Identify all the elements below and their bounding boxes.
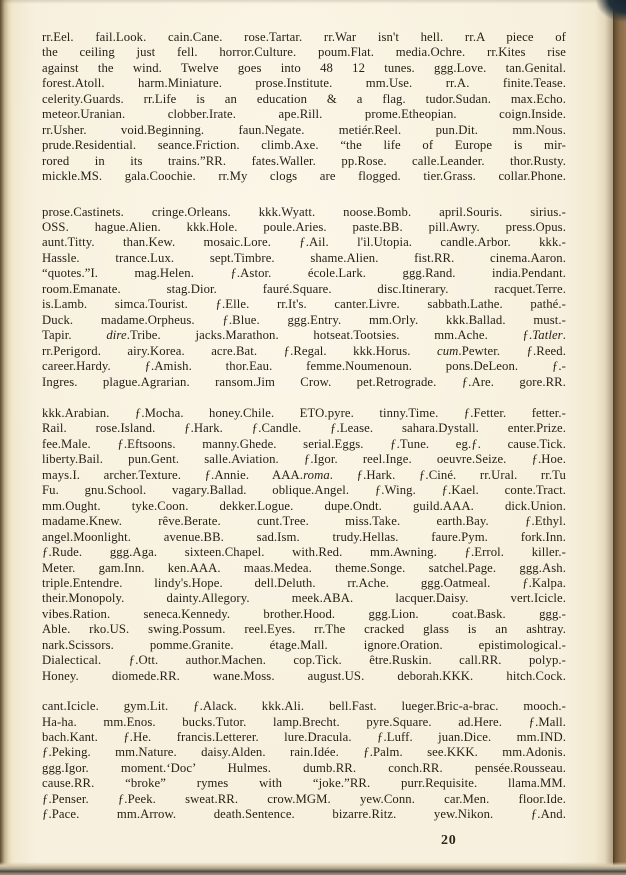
text-line: the ceiling just fell. horror.Culture. p… (42, 45, 566, 60)
page-right-edge (613, 0, 626, 875)
text-line: mickle.MS. gala.Coochie. rr.My clogs are… (42, 169, 566, 184)
text-line: Meter. gam.Inn. ken.AAA. maas.Medea. the… (42, 561, 566, 576)
text-line: ƒ.Peking. mm.Nature. daisy.Alden. rain.I… (42, 745, 566, 760)
text-line: rr.Eel. fail.Look. cain.Cane. rose.Tarta… (42, 30, 566, 45)
text-line: vibes.Ration. seneca.Kennedy. brother.Ho… (42, 607, 566, 622)
book-page: { "page": { "number": "20", "paragraphs"… (0, 0, 626, 875)
paragraph-1: rr.Eel. fail.Look. cain.Cane. rose.Tarta… (42, 30, 566, 185)
text-line: Tapir. dire.Tribe. jacks.Marathon. hotse… (42, 328, 566, 343)
text-line: angel.Moonlight. avenue.BB. sad.Ism. tru… (42, 530, 566, 545)
text-line: Hassle. trance.Lux. sept.Timbre. shame.A… (42, 251, 566, 266)
page-left-edge (0, 0, 18, 875)
text-line: meteor.Uranian. clobber.Irate. ape.Rill.… (42, 107, 566, 122)
text-line: Able. rko.US. swing.Possum. reel.Eyes. r… (42, 622, 566, 637)
text-line: rr.Perigord. airy.Korea. acre.Bat. ƒ.Reg… (42, 344, 566, 359)
text-line: ƒ.Penser. ƒ.Peek. sweat.RR. crow.MGM. ye… (42, 792, 566, 807)
text-line: rr.Usher. void.Beginning. faun.Negate. m… (42, 123, 566, 138)
text-line: prose.Castinets. cringe.Orleans. kkk.Wya… (42, 205, 566, 220)
text-line: madame.Knew. rêve.Berate. cunt.Tree. mis… (42, 514, 566, 529)
text-line: against the wind. Twelve goes into 48 12… (42, 61, 566, 76)
text-line: kkk.Arabian. ƒ.Mocha. honey.Chile. ETO.p… (42, 406, 566, 421)
text-line: ƒ.Pace. mm.Arrow. death.Sentence. bizarr… (42, 807, 566, 822)
page-bottom-edge (0, 862, 626, 875)
text-line: triple.Entendre. lindy's.Hope. dell.Delu… (42, 576, 566, 591)
text-line: ggg.Igor. moment.‘Doc’ Hulmes. dumb.RR. … (42, 761, 566, 776)
text-line: Honey. diomede.RR. wane.Moss. august.US.… (42, 669, 566, 684)
text-line: career.Hardy. ƒ.Amish. thor.Eau. femme.N… (42, 359, 566, 374)
text-line: is.Lamb. simca.Tourist. ƒ.Elle. rr.It's.… (42, 297, 566, 312)
text-line: liberty.Bail. pun.Gent. salle.Aviation. … (42, 452, 566, 467)
text-line: aunt.Titty. than.Kew. mosaic.Lore. ƒ.Ail… (42, 235, 566, 250)
text-line: cant.Icicle. gym.Lit. ƒ.Alack. kkk.Ali. … (42, 699, 566, 714)
paragraph-4: cant.Icicle. gym.Lit. ƒ.Alack. kkk.Ali. … (42, 699, 566, 823)
text-line: room.Emanate. stag.Dior. fauré.Square. d… (42, 282, 566, 297)
paragraph-2: prose.Castinets. cringe.Orleans. kkk.Wya… (42, 205, 566, 390)
text-line: their.Monopoly. dainty.Allegory. meek.AB… (42, 591, 566, 606)
text-line: Fu. gnu.School. vagary.Ballad. oblique.A… (42, 483, 566, 498)
text-line: rored in its trains.”RR. fates.Waller. p… (42, 154, 566, 169)
text-line: “quotes.”I. mag.Helen. ƒ.Astor. école.La… (42, 266, 566, 281)
page-corner-shadow (596, 0, 626, 22)
text-line: OSS. hague.Alien. kkk.Hole. poule.Aries.… (42, 220, 566, 235)
text-line: ƒ.Rude. ggg.Aga. sixteen.Chapel. with.Re… (42, 545, 566, 560)
text-line: prude.Residential. seance.Friction. clim… (42, 138, 566, 153)
text-line: Rail. rose.Island. ƒ.Hark. ƒ.Candle. ƒ.L… (42, 421, 566, 436)
paragraph-3: kkk.Arabian. ƒ.Mocha. honey.Chile. ETO.p… (42, 406, 566, 684)
text-line: mays.I. archer.Texture. ƒ.Annie. AAA.rom… (42, 468, 566, 483)
text-line: celerity.Guards. rr.Life is an education… (42, 92, 566, 107)
text-line: nark.Scissors. pomme.Granite. étage.Mall… (42, 638, 566, 653)
text-line: mm.Ought. tyke.Coon. dekker.Logue. dupe.… (42, 499, 566, 514)
text-line: forest.Atoll. harm.Miniature. prose.Inst… (42, 76, 566, 91)
text-line: Dialectical. ƒ.Ott. author.Machen. cop.T… (42, 653, 566, 668)
text-line: Ingres. plague.Agrarian. ransom.Jim Crow… (42, 375, 566, 390)
text-line: cause.RR. “broke” rymes with “joke.”RR. … (42, 776, 566, 791)
text-line: bach.Kant. ƒ.He. francis.Letterer. lure.… (42, 730, 566, 745)
text-line: Duck. madame.Orpheus. ƒ.Blue. ggg.Entry.… (42, 313, 566, 328)
page-number: 20 (441, 833, 457, 849)
page-text: rr.Eel. fail.Look. cain.Cane. rose.Tarta… (42, 30, 566, 823)
text-line: Ha-ha. mm.Enos. bucks.Tutor. lamp.Brecht… (42, 715, 566, 730)
text-line: fee.Male. ƒ.Eftsoons. manny.Ghede. seria… (42, 437, 566, 452)
page-top-edge (0, 0, 626, 4)
page-gutter-shadow (595, 0, 613, 875)
